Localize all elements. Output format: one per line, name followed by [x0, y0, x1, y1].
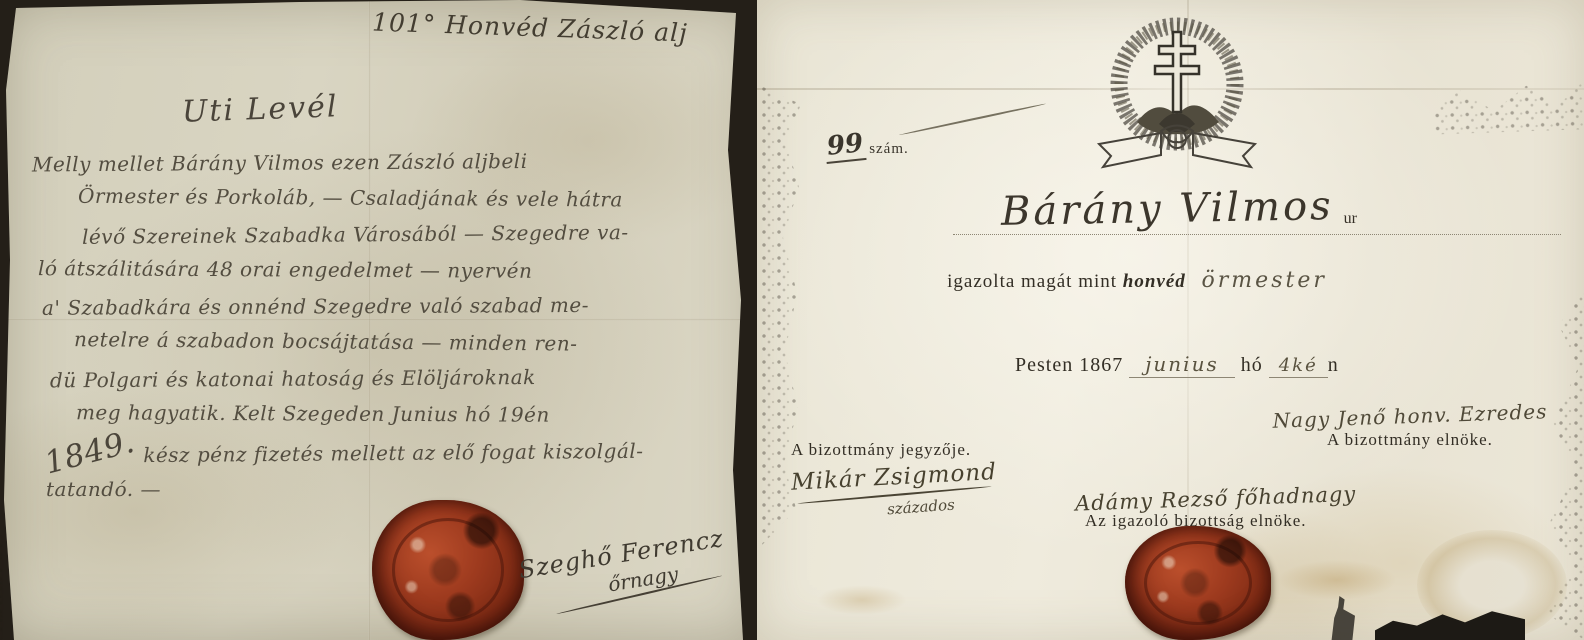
year-1849: 1849. [41, 424, 138, 482]
secretary-rank: százados [887, 492, 1012, 519]
recipient-suffix: ur [1344, 210, 1357, 232]
body-line-year: 1849.kész pénz fizetés mellett az elő fo… [44, 429, 736, 474]
body-line: a' Szabadkára és onnénd Szegedre való sz… [42, 286, 736, 326]
verifier-label: Az igazoló bizottság elnöke. [1085, 511, 1395, 531]
date-place-printed: Pesten 1867 [1015, 354, 1123, 376]
body-line: meg hagyatik. Kelt Szegeden Junius hó 19… [76, 394, 736, 433]
signature-block: Szeghő Ferencz őrnagy [517, 524, 730, 614]
body-line: netelre á szabadon bocsájtatása — minden… [74, 321, 736, 363]
committee-president-block: Nagy Jenő honv. Ezredes A bizottmány eln… [1255, 404, 1565, 450]
date-month-handwritten: junius [1129, 352, 1235, 378]
letter-title: Uti Levél [181, 89, 339, 129]
wax-seal-icon [372, 500, 524, 640]
body-line: Melly mellet Bárány Vilmos ezen Zászló a… [32, 142, 736, 183]
president-signature: Nagy Jenő honv. Ezredes [1255, 399, 1566, 434]
secretary-label: A bizottmány jegyzője. [791, 440, 1011, 460]
paper-stain [1277, 560, 1397, 600]
antikvarium-watermark: Antikvárium.hu [0, 536, 3, 638]
date-day-handwritten: 4ké [1269, 355, 1328, 378]
president-label: A bizottmány elnöke. [1255, 430, 1565, 450]
document-number-handwritten: 99 [823, 128, 866, 164]
left-document-travel-letter-1849: 101° Honvéd Zászló alj Uti Levél Melly m… [0, 0, 757, 640]
recipient-name-line: Bárány Vilmos ur [953, 186, 1561, 235]
date-ho-printed: hó [1241, 354, 1263, 376]
number-label: szám. [869, 141, 909, 157]
battalion-header: 101° Honvéd Zászló alj [372, 8, 745, 50]
body-line: lévő Szereinek Szabadka Városából — Szeg… [82, 213, 736, 255]
body-line: dü Polgari és katonai hatoság és Elöljár… [50, 358, 736, 399]
right-document-certificate-1867: 99 szám. Bárány Vilmos ur igazolta magát… [757, 0, 1584, 640]
rank-handwritten: örmester [1202, 268, 1327, 293]
wax-seal-icon [1125, 526, 1271, 640]
statement-printed: igazolta magát mint [947, 271, 1117, 292]
recipient-name-handwritten: Bárány Vilmos [1001, 183, 1334, 235]
secretary-signature: Mikár Zsigmond [790, 458, 1011, 495]
date-suffix-printed: n [1328, 354, 1339, 376]
certification-statement: igazolta magát mint honvéd örmester [757, 268, 1517, 293]
letter-body: Melly mellet Bárány Vilmos ezen Zászló a… [30, 144, 736, 507]
scanned-documents-photo: 101° Honvéd Zászló alj Uti Levél Melly m… [0, 0, 1584, 640]
pen-flourish [899, 103, 1046, 136]
verification-committee-block: Adámy Rezső főhadnagy Az igazoló bizotts… [1075, 486, 1395, 531]
ink-tear-mark [1329, 596, 1355, 640]
paper-stain [817, 585, 907, 615]
statement-bold-honved: honvéd [1123, 271, 1186, 292]
committee-secretary-block: A bizottmány jegyzője. Mikár Zsigmond sz… [791, 440, 1011, 514]
year-line-text: kész pénz fizetés mellett az elő fogat k… [143, 439, 643, 467]
date-line: Pesten 1867 junius hó 4kén [1015, 352, 1339, 377]
body-line-closing: tatandó. — [46, 471, 736, 507]
wreath-double-cross-emblem-icon [1067, 6, 1287, 176]
body-line: Örmester és Porkoláb, — Csaladjának és v… [78, 178, 736, 219]
body-line: ló átszálitására 48 orai engedelmet — ny… [38, 250, 736, 290]
document-number-line: 99 szám. [825, 130, 909, 162]
